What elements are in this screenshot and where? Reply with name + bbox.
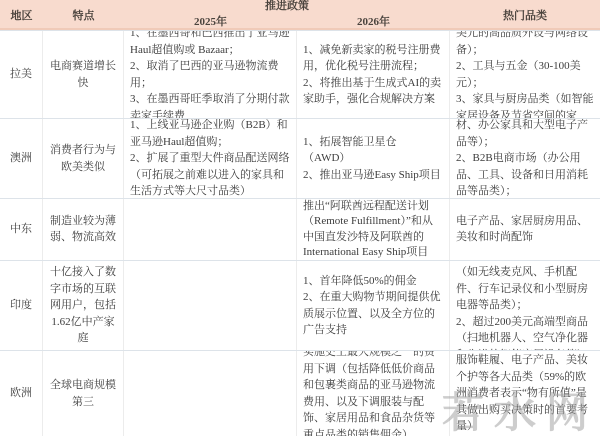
header-features: 特点 <box>43 0 124 29</box>
cell-categories: 1、重型大件商品（健身器材、办公家具和大型电子产品等）； 2、B2B电商市场（办… <box>450 119 600 198</box>
header-policy-label: 推进政策 <box>124 0 450 13</box>
cell-policy-2025 <box>124 351 297 436</box>
cell-features: 十亿接入了数字市场的互联网用户，包括1.62亿中产家庭 <box>43 261 124 350</box>
cell-policy-2026: 1、首年降低50%的佣金 2、在重大购物节期间提供优质展示位置、以及全方位的广告… <box>297 261 450 350</box>
table-row-europe: 欧洲 全球电商规模第三 实施史上最大规模之一的费用下调（包括降低低价商品和包裹类… <box>0 350 600 436</box>
cell-region: 中东 <box>0 199 43 260</box>
cell-features: 消费者行为与欧美类似 <box>43 119 124 198</box>
cell-policy-2025 <box>124 261 297 350</box>
regions-policy-table: 地区 特点 推进政策 2025年 2026年 热门品类 拉美 电商赛道增长快 1… <box>0 0 600 436</box>
table-row-australia: 澳洲 消费者行为与欧美类似 1、上线亚马逊企业购（B2B）和亚马逊Haul超值购… <box>0 118 600 198</box>
cell-features: 全球电商规模第三 <box>43 351 124 436</box>
header-policy-group: 推进政策 2025年 2026年 <box>124 0 450 29</box>
table-row-india: 印度 十亿接入了数字市场的互联网用户，包括1.62亿中产家庭 1、首年降低50%… <box>0 260 600 350</box>
cell-categories: 1、PC与电子配件（50-200美元的高品质外设与网络设备）； 2、工具与五金（… <box>450 31 600 118</box>
cell-policy-2026: 1、减免新卖家的税号注册费用，优化税号注册流程； 2、将推出基于生成式AI的卖家… <box>297 31 450 118</box>
header-region: 地区 <box>0 0 43 29</box>
cell-categories: 电子产品、家居厨房用品、美妆和时尚配饰 <box>450 199 600 260</box>
cell-features: 制造业较为薄弱、物流高效 <box>43 199 124 260</box>
cell-policy-2026: 实施史上最大规模之一的费用下调（包括降低低价商品和包裹类商品的亚马逊物流费用、以… <box>297 351 450 436</box>
cell-categories: 服饰鞋履、电子产品、美妆个护等各大品类（59%的欧洲消费者表示“物有所值”是其做… <box>450 351 600 436</box>
table-row-middle-east: 中东 制造业较为薄弱、物流高效 推出“阿联酋远程配送计划（Remote Fulf… <box>0 198 600 260</box>
cell-policy-2026: 1、拓展智能卫星仓（AWD） 2、推出亚马逊Easy Ship项目 <box>297 119 450 198</box>
header-year-2025: 2025年 <box>124 13 297 29</box>
cell-features: 电商赛道增长快 <box>43 31 124 118</box>
table-header-row: 地区 特点 推进政策 2025年 2026年 热门品类 <box>0 0 600 30</box>
header-year-2026: 2026年 <box>297 13 450 29</box>
cell-region: 欧洲 <box>0 351 43 436</box>
cell-region: 印度 <box>0 261 43 350</box>
cell-policy-2025: 1、在墨西哥和巴西推出了亚马逊Haul超值购或 Bazaar； 2、取消了巴西的… <box>124 31 297 118</box>
cell-policy-2026: 推出“阿联酋远程配送计划（Remote Fulfillment）”和从中国直发沙… <box>297 199 450 260</box>
cell-region: 拉美 <box>0 31 43 118</box>
cell-categories: 1、20-60美元价值型产品（如无线麦克风、手机配件、行车记录仪和小型厨房电器等… <box>450 261 600 350</box>
header-categories: 热门品类 <box>450 0 600 29</box>
cell-region: 澳洲 <box>0 119 43 198</box>
header-policy-years: 2025年 2026年 <box>124 13 450 29</box>
cell-policy-2025: 1、上线亚马逊企业购（B2B）和亚马逊Haul超值购； 2、扩展了重型大件商品配… <box>124 119 297 198</box>
table-row-latam: 拉美 电商赛道增长快 1、在墨西哥和巴西推出了亚马逊Haul超值购或 Bazaa… <box>0 30 600 118</box>
cell-policy-2025 <box>124 199 297 260</box>
